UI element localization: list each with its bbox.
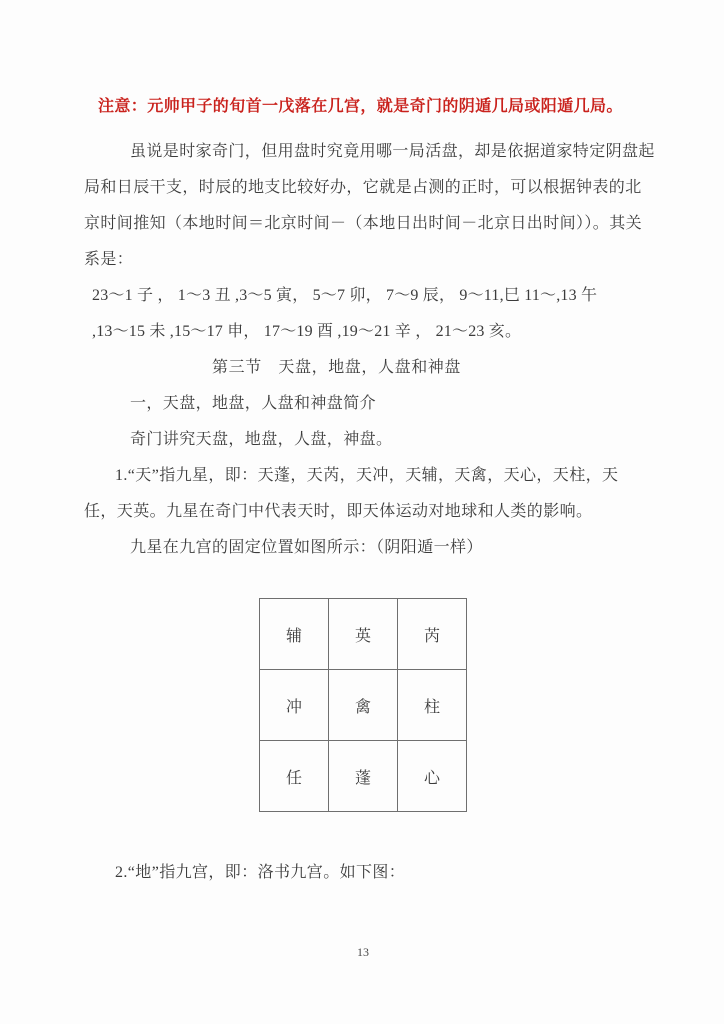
section-heading: 第三节 天盘，地盘，人盘和神盘 (212, 350, 642, 386)
hours-mapping-line: 23～1 子 ， 1～3 丑 ,3～5 寅， 5～7 卯， 7～9 辰， 9～1… (92, 278, 642, 314)
nine-stars-grid: 辅 英 芮 冲 禽 柱 任 蓬 心 (259, 598, 467, 812)
grid-cell: 任 (260, 741, 329, 812)
hours-mapping-line: ,13～15 未 ,15～17 申， 17～19 酉 ,19～21 辛 ， 21… (92, 314, 642, 350)
list-item-line: 1.“天”指九星，即：天蓬，天芮，天冲，天辅，天禽，天心，天柱，天 (115, 458, 642, 494)
grid-row: 任 蓬 心 (260, 741, 467, 812)
page-content: 注意：元帅甲子的旬首一戊落在几宫，就是奇门的阴遁几局或阳遁几局。 虽说是时家奇门… (0, 0, 724, 959)
grid-cell: 柱 (398, 670, 467, 741)
paragraph-line: 系是： (84, 242, 642, 278)
document-page: 注意：元帅甲子的旬首一戊落在几宫，就是奇门的阴遁几局或阳遁几局。 虽说是时家奇门… (0, 0, 724, 1024)
grid-cell: 蓬 (329, 741, 398, 812)
figure-caption: 九星在九宫的固定位置如图所示：（阴阳遁一样） (130, 530, 642, 566)
list-item-line: 2.“地”指九宫，即：洛书九宫。如下图： (115, 855, 642, 891)
grid-cell: 芮 (398, 599, 467, 670)
grid-cell: 辅 (260, 599, 329, 670)
body-text-block: 虽说是时家奇门，但用盘时究竟用哪一局活盘，却是依据道家特定阴盘起 局和日辰干支，… (84, 134, 642, 566)
paragraph-line: 京时间推知（本地时间＝北京时间－（本地日出时间－北京日出时间））。其关 (84, 206, 642, 242)
grid-cell: 英 (329, 599, 398, 670)
grid-cell: 心 (398, 741, 467, 812)
paragraph-line: 奇门讲究天盘，地盘，人盘，神盘。 (130, 422, 642, 458)
notice-heading: 注意：元帅甲子的旬首一戊落在几宫，就是奇门的阴遁几局或阳遁几局。 (98, 95, 642, 118)
grid-row: 辅 英 芮 (260, 599, 467, 670)
page-number: 13 (84, 945, 642, 959)
paragraph-line: 虽说是时家奇门，但用盘时究竟用哪一局活盘，却是依据道家特定阴盘起 (130, 134, 642, 170)
grid-cell: 禽 (329, 670, 398, 741)
grid-cell: 冲 (260, 670, 329, 741)
paragraph-line: 局和日辰干支，时辰的地支比较好办，它就是占测的正时，可以根据钟表的北 (84, 170, 642, 206)
list-item-line: 任，天英。九星在奇门中代表天时，即天体运动对地球和人类的影响。 (84, 494, 642, 530)
grid-row: 冲 禽 柱 (260, 670, 467, 741)
subsection-heading: 一，天盘，地盘，人盘和神盘简介 (130, 386, 642, 422)
